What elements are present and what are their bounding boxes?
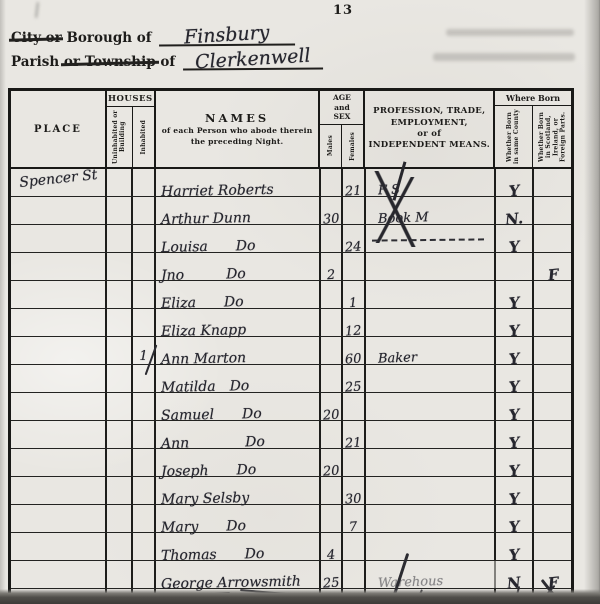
cell-born-foreign <box>534 533 572 560</box>
cell-name: Arthur Dunn <box>156 197 321 224</box>
cell-born-county: Y <box>496 533 534 560</box>
borough-value-handwritten: Finsbury <box>184 21 271 48</box>
cell-age-female <box>343 561 366 588</box>
cell-place <box>11 365 107 392</box>
cell-inhabited <box>133 197 156 224</box>
table-row: Matilda Do 25 Y <box>11 365 571 393</box>
cell-uninhabited <box>107 421 133 448</box>
header-uninhabited: Uninhabited or Building <box>107 107 133 167</box>
cell-born-foreign <box>534 365 572 392</box>
cell-place: Spencer St <box>11 169 107 196</box>
of-label: of <box>160 54 175 70</box>
cell-inhabited <box>133 309 156 336</box>
cell-born-foreign <box>534 337 572 364</box>
census-table: PLACE HOUSES Uninhabited or Building Inh… <box>8 88 574 604</box>
cell-born-foreign <box>534 421 572 448</box>
cell-name: Jno Do <box>156 253 321 280</box>
cell-profession: Warehous <box>366 561 496 588</box>
cell-name: Eliza Knapp <box>156 309 321 336</box>
cell-name: Joseph Do <box>156 449 321 476</box>
cell-born-foreign <box>534 281 572 308</box>
cell-age-male <box>321 505 343 532</box>
cell-born-foreign <box>534 505 572 532</box>
cell-profession <box>366 225 496 252</box>
cell-inhabited <box>133 169 156 196</box>
header-males: Males <box>320 125 342 167</box>
cell-uninhabited <box>107 505 133 532</box>
heading-borough: City or Borough of Finsbury <box>11 25 295 46</box>
cell-age-female <box>343 393 366 420</box>
table-header: PLACE HOUSES Uninhabited or Building Inh… <box>11 91 571 169</box>
paper-crease-mark <box>35 2 39 18</box>
cell-name: Matilda Do <box>156 365 321 392</box>
cell-born-county: Y <box>496 421 534 448</box>
cell-name: Thomas Do <box>156 533 321 560</box>
table-row: Joseph Do 20 Y <box>11 449 571 477</box>
cell-inhabited <box>133 561 156 588</box>
cell-uninhabited <box>107 197 133 224</box>
header-place: PLACE <box>11 91 107 167</box>
struck-or-township: or Township <box>64 54 156 70</box>
cell-uninhabited <box>107 337 133 364</box>
cell-born-county: Y <box>496 337 534 364</box>
table-row: George Arrowsmith 25 Warehous N F <box>11 561 571 589</box>
table-row: Jno Do 2 F <box>11 253 571 281</box>
table-row: Spencer St Harriet Roberts 21 F S Y <box>11 169 571 197</box>
cell-profession <box>366 477 496 504</box>
cell-profession <box>366 281 496 308</box>
cell-uninhabited <box>107 561 133 588</box>
cell-uninhabited <box>107 309 133 336</box>
cell-place <box>11 561 107 588</box>
table-row: Eliza Do 1 Y <box>11 281 571 309</box>
cell-name: George Arrowsmith <box>156 561 321 588</box>
header-where-born-title: Where Born <box>495 91 571 106</box>
parish-label: Parish <box>11 54 59 70</box>
table-row: Louisa Do 24 Y <box>11 225 571 253</box>
cell-born-county: Y <box>496 505 534 532</box>
header-born-foreign: Whether Born in Scotland, Ireland, or Fo… <box>533 106 571 167</box>
cell-born-county: Y <box>496 225 534 252</box>
header-inhabited: Inhabited <box>133 107 154 167</box>
header-females: Females <box>342 125 363 167</box>
cell-inhabited <box>133 533 156 560</box>
cell-inhabited <box>133 281 156 308</box>
header-names: NAMES of each Person who abode therein t… <box>156 91 321 167</box>
scan-left-edge <box>0 0 6 604</box>
cell-born-county: Y <box>496 449 534 476</box>
cell-profession <box>366 533 496 560</box>
names-subtitle-1: of each Person who abode therein <box>156 125 319 136</box>
cell-uninhabited <box>107 449 133 476</box>
cell-age-male: 30 <box>321 197 343 224</box>
cell-place <box>11 505 107 532</box>
cell-profession <box>366 449 496 476</box>
cell-born-county <box>496 253 534 280</box>
table-row: Arthur Dunn 30 Book M N. <box>11 197 571 225</box>
parish-underline: Clerkenwell <box>183 49 323 71</box>
cell-inhabited <box>133 477 156 504</box>
cell-place <box>11 449 107 476</box>
cell-born-foreign <box>534 477 572 504</box>
names-subtitle-2: the preceding Night. <box>156 136 319 147</box>
cell-age-female <box>343 449 366 476</box>
cell-born-county: N. <box>496 197 534 224</box>
cell-age-female <box>343 533 366 560</box>
cell-born-foreign <box>534 309 572 336</box>
cell-inhabited <box>133 365 156 392</box>
heading-parish: Parish or Township of Clerkenwell <box>11 49 323 70</box>
table-row: Samuel Do 20 Y <box>11 393 571 421</box>
cell-profession <box>366 365 496 392</box>
cell-age-male: 25 <box>321 561 343 588</box>
cell-age-female: 30 <box>343 477 366 504</box>
header-age-title: AGE and SEX <box>320 91 363 125</box>
cell-age-female <box>343 253 366 280</box>
cell-name: Ann Do <box>156 421 321 448</box>
cell-place <box>11 281 107 308</box>
cell-uninhabited <box>107 169 133 196</box>
cell-born-foreign <box>534 393 572 420</box>
cell-born-county: Y <box>496 169 534 196</box>
page-number: 13 <box>333 3 353 18</box>
cell-profession: Baker <box>366 337 496 364</box>
cell-born-foreign <box>534 449 572 476</box>
cell-name: Ann Marton <box>156 337 321 364</box>
cell-born-foreign <box>534 197 572 224</box>
cell-age-female: 21 <box>343 421 366 448</box>
scan-bottom-edge <box>0 589 600 604</box>
cell-name: Eliza Do <box>156 281 321 308</box>
cell-place <box>11 421 107 448</box>
header-born-county: Whether Born in same County <box>495 106 533 167</box>
table-row: Eliza Knapp 12 Y <box>11 309 571 337</box>
header-houses-group: HOUSES Uninhabited or Building Inhabited <box>107 91 156 167</box>
cell-name: Louisa Do <box>156 225 321 252</box>
cell-age-male <box>321 337 343 364</box>
cell-uninhabited <box>107 477 133 504</box>
cell-place <box>11 197 107 224</box>
cell-profession <box>366 309 496 336</box>
cell-uninhabited <box>107 365 133 392</box>
cell-name: Samuel Do <box>156 393 321 420</box>
header-age-group: AGE and SEX Males Females <box>320 91 365 167</box>
names-title: NAMES <box>156 111 319 125</box>
cell-inhabited <box>133 421 156 448</box>
cell-age-male <box>321 421 343 448</box>
cell-uninhabited <box>107 393 133 420</box>
cell-uninhabited <box>107 281 133 308</box>
cell-born-foreign <box>534 225 572 252</box>
header-houses-title: HOUSES <box>107 91 154 107</box>
cell-uninhabited <box>107 225 133 252</box>
cell-age-male <box>321 169 343 196</box>
cell-born-foreign <box>534 169 572 196</box>
cell-age-male: 2 <box>321 253 343 280</box>
cell-born-foreign: F <box>534 253 572 280</box>
cell-place <box>11 253 107 280</box>
cell-place <box>11 309 107 336</box>
cell-place <box>11 225 107 252</box>
cell-profession <box>366 253 496 280</box>
cell-place <box>11 533 107 560</box>
cell-age-male: 20 <box>321 449 343 476</box>
cell-born-county: Y <box>496 281 534 308</box>
cell-inhabited <box>133 253 156 280</box>
cell-uninhabited <box>107 533 133 560</box>
cell-age-male: 20 <box>321 393 343 420</box>
cell-name: Harriet Roberts <box>156 169 321 196</box>
scan-right-edge-shadow <box>584 0 600 604</box>
table-body: Spencer St Harriet Roberts 21 F S Y Arth… <box>11 169 571 604</box>
cell-age-female: 25 <box>343 365 366 392</box>
cell-place <box>11 337 107 364</box>
cell-born-county: Y <box>496 309 534 336</box>
cell-age-female: 1 <box>343 281 366 308</box>
cell-name: Mary Do <box>156 505 321 532</box>
cell-born-county: N <box>496 561 534 588</box>
cell-age-male: 4 <box>321 533 343 560</box>
cell-name: Mary Selsby <box>156 477 321 504</box>
table-row: Mary Do 7 Y <box>11 505 571 533</box>
cell-age-male <box>321 225 343 252</box>
cell-place <box>11 393 107 420</box>
ink-bleedthrough-smudge <box>446 29 574 36</box>
cell-profession <box>366 505 496 532</box>
header-profession: PROFESSION, TRADE, EMPLOYMENT, or of IND… <box>365 91 495 167</box>
census-scan-page: 13 City or Borough of Finsbury Parish or… <box>0 0 600 604</box>
cell-place <box>11 477 107 504</box>
cell-uninhabited <box>107 253 133 280</box>
cell-born-county: Y <box>496 393 534 420</box>
cell-inhabited <box>133 393 156 420</box>
ink-bleedthrough-smudge <box>433 53 575 61</box>
cell-born-county: Y <box>496 365 534 392</box>
cell-profession <box>366 393 496 420</box>
parish-value-handwritten: Clerkenwell <box>195 45 312 74</box>
cell-age-female: 60 <box>343 337 366 364</box>
cell-age-male <box>321 365 343 392</box>
borough-underline: Finsbury <box>159 25 295 47</box>
cell-profession <box>366 421 496 448</box>
struck-city-or: City or <box>11 30 62 46</box>
header-where-born-group: Where Born Whether Born in same County W… <box>495 91 571 167</box>
cell-age-male <box>321 309 343 336</box>
cell-profession: Book M <box>366 197 496 224</box>
cell-inhabited <box>133 505 156 532</box>
cell-age-male <box>321 281 343 308</box>
cell-inhabited <box>133 225 156 252</box>
cell-age-female: 24 <box>343 225 366 252</box>
cell-age-female: 12 <box>343 309 366 336</box>
cell-age-male <box>321 477 343 504</box>
table-row: Mary Selsby 30 Y <box>11 477 571 505</box>
cell-inhabited <box>133 449 156 476</box>
table-row: Thomas Do 4 Y <box>11 533 571 561</box>
table-row: Ann Do 21 Y <box>11 421 571 449</box>
borough-of-label: Borough of <box>66 30 151 46</box>
cell-age-female: 7 <box>343 505 366 532</box>
table-row: 1 Ann Marton 60 Baker Y <box>11 337 571 365</box>
cell-born-county: Y <box>496 477 534 504</box>
